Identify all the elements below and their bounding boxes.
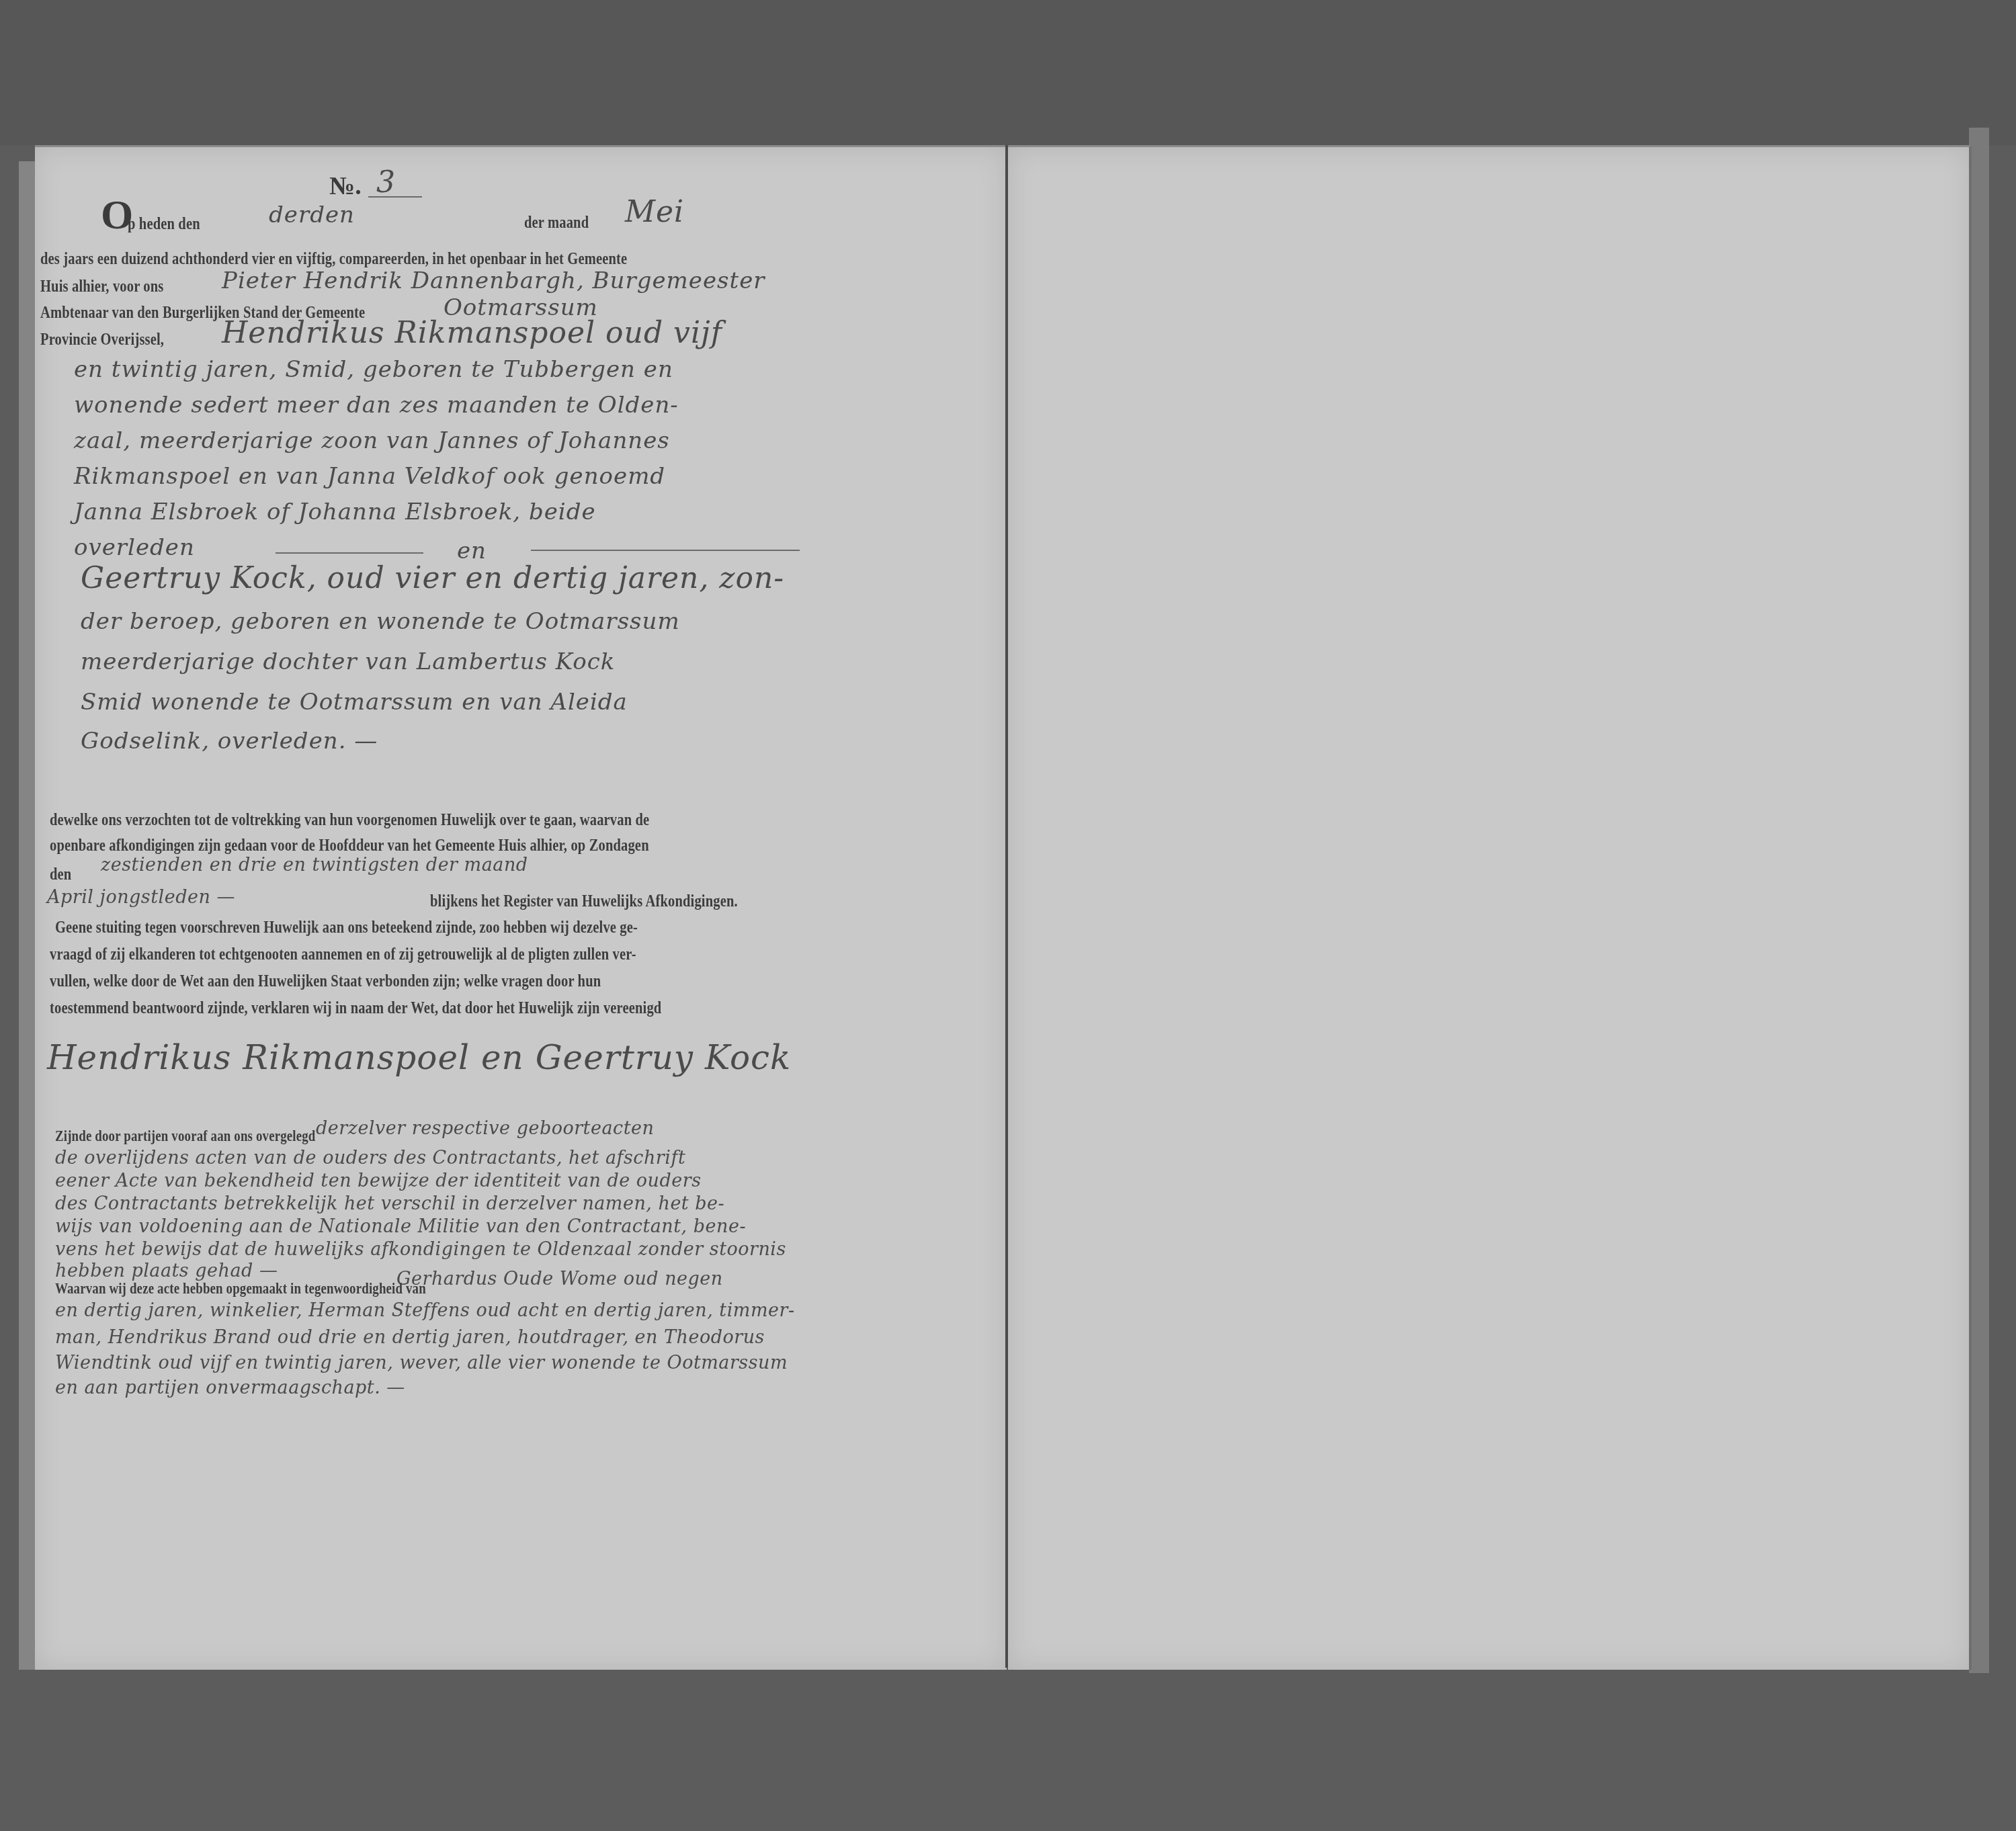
handwritten-line: Gerhardus Oude Wome oud negen — [396, 1269, 723, 1289]
handwritten-month: Mei — [625, 195, 684, 229]
handwritten-line: hebben plaats gehad — — [55, 1261, 278, 1281]
couple-names: Hendrikus Rikmanspoel en Geertruy Kock — [47, 1038, 791, 1077]
printed-text: der maand — [524, 214, 589, 232]
handwritten-line: en twintig jaren, Smid, geboren te Tubbe… — [74, 356, 673, 383]
printed-text: blijkens het Register van Huwelijks Afko… — [430, 892, 738, 911]
printed-text: dewelke ons verzochten tot de voltrekkin… — [50, 811, 649, 830]
printed-text: den — [50, 865, 71, 884]
handwritten-line: Smid wonende te Ootmarssum en van Aleida — [81, 689, 628, 716]
handwritten-line: zaal, meerderjarige zoon van Jannes of J… — [74, 427, 670, 454]
handwritten-line: Janna Elsbroek of Johanna Elsbroek, beid… — [74, 499, 596, 525]
printed-text: vraagd of zij elkanderen tot echtgenoote… — [50, 945, 636, 964]
printed-text: vullen, welke door de Wet aan den Huweli… — [50, 972, 601, 991]
handwritten-line: des Contractants betrekkelijk het versch… — [55, 1193, 724, 1214]
handwritten-line: de overlijdens acten van de ouders des C… — [55, 1148, 685, 1168]
printed-text: Zijnde door partijen vooraf aan ons over… — [55, 1127, 316, 1145]
handwritten-line: overleden — [74, 534, 195, 561]
printed-text: Provincie Overijssel, — [40, 331, 164, 349]
handwritten-line: eener Acte van bekendheid ten bewijze de… — [55, 1170, 702, 1191]
handwritten-line: vens het bewijs dat de huwelijks afkondi… — [55, 1239, 786, 1260]
act-number-label: №. — [329, 171, 362, 201]
printed-text: Waarvan wij deze acte hebben opgemaakt i… — [55, 1280, 426, 1297]
handwritten-line: derzelver respective geboorteacten — [316, 1118, 654, 1139]
handwritten-line: en aan partijen onvermaagschapt. — — [55, 1377, 405, 1398]
handwritten-day: derden — [269, 202, 355, 228]
printed-text: p heden den — [128, 215, 200, 234]
handwritten-and: en — [457, 538, 487, 564]
handwritten-line: Geertruy Kock, oud vier en dertig jaren,… — [81, 561, 784, 595]
handwritten-banns-dates: zestienden en drie en twintigsten der ma… — [101, 855, 528, 876]
act-number: 3 — [376, 165, 396, 200]
printed-text: toestemmend beantwoord zijnde, verklaren… — [50, 999, 661, 1018]
handwritten-line: der beroep, geboren en wonende te Ootmar… — [81, 608, 680, 635]
handwritten-official: Pieter Hendrik Dannenbargh, Burgemeester — [222, 267, 765, 294]
filler-line — [531, 550, 800, 551]
handwritten-line: Godselink, overleden. — — [81, 728, 378, 755]
handwritten-line: en dertig jaren, winkelier, Herman Steff… — [55, 1300, 795, 1321]
printed-text: Huis alhier, voor ons — [40, 278, 163, 296]
handwritten-line: Wiendtink oud vijf en twintig jaren, wev… — [55, 1353, 788, 1373]
scanner-background-top — [0, 0, 2016, 145]
handwritten-line: meerderjarige dochter van Lambertus Kock — [81, 648, 615, 675]
right-page — [1008, 145, 1972, 1670]
handwritten-line: wonende sedert meer dan zes maanden te O… — [74, 392, 679, 419]
printed-text: openbare afkondigingen zijn gedaan voor … — [50, 837, 649, 855]
filler-line — [276, 552, 423, 554]
handwritten-line: wijs van voldoening aan de Nationale Mil… — [55, 1216, 746, 1237]
book-cover-edge-right — [1969, 128, 1989, 1673]
book-cover-edge-left — [19, 161, 35, 1670]
printed-text: Geene stuiting tegen voorschreven Huweli… — [55, 919, 638, 937]
handwritten-groom: Hendrikus Rikmanspoel oud vijf — [222, 316, 722, 350]
act-number-underline — [368, 196, 422, 198]
handwritten-banns-month: April jongstleden — — [47, 887, 235, 908]
printed-text: des jaars een duizend achthonderd vier e… — [40, 250, 627, 269]
handwritten-line: man, Hendrikus Brand oud drie en dertig … — [55, 1327, 765, 1348]
handwritten-line: Rikmanspoel en van Janna Veldkof ook gen… — [74, 463, 665, 490]
